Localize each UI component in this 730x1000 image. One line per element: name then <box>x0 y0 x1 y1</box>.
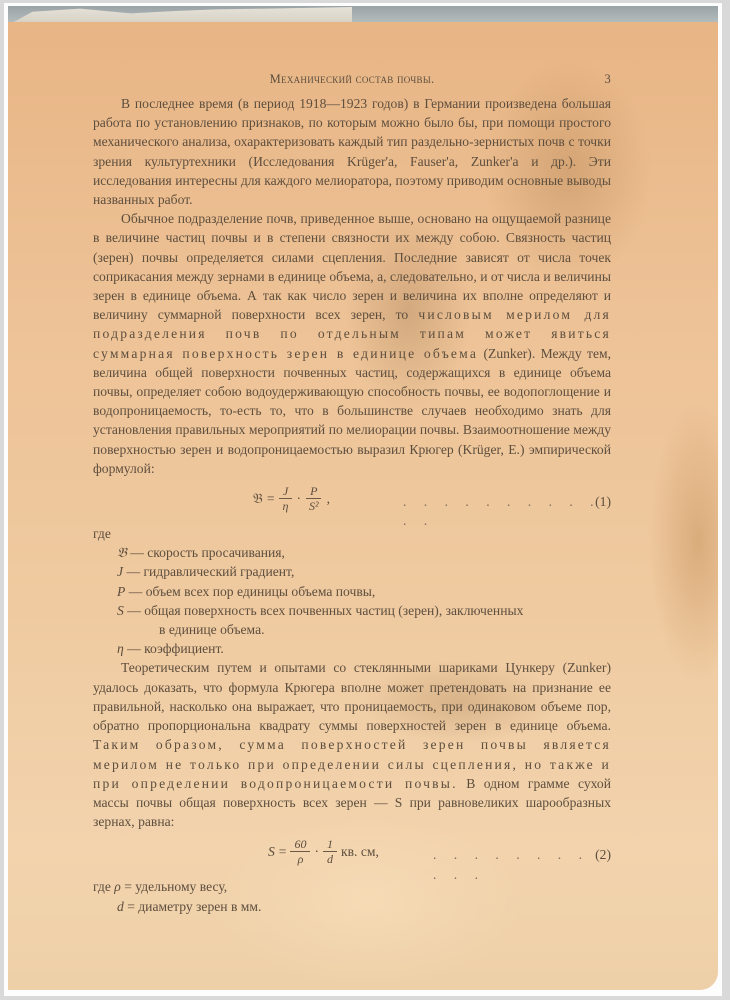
definitions-list: 𝔅 — скорость просачивания, J — гидравлич… <box>117 543 611 658</box>
definition-text: — скорость просачивания, <box>130 545 285 560</box>
fraction: PS² <box>305 484 323 513</box>
multiply-dot: · <box>296 489 301 508</box>
paragraph-3-text: Теоретическим путем и опытами со стеклян… <box>93 660 611 733</box>
running-head-title: Механический состав почвы. <box>93 70 611 89</box>
definition-item: S — общая поверхность всех почвенных час… <box>117 601 611 620</box>
paragraph-2-text: Обычное подразделение почв, приведенное … <box>93 211 611 322</box>
formula-1: 𝔅 = Jη · PS² , . . . . . . . . . . . . (… <box>93 480 611 522</box>
leader-dots: . . . . . . . . . . . . <box>403 492 611 530</box>
equation-number: (1) <box>595 492 611 511</box>
definition-item: 𝔅 — скорость просачивания, <box>117 543 611 562</box>
paragraph-3: Теоретическим путем и опытами со стеклян… <box>93 658 611 831</box>
equation-number: (2) <box>595 845 611 864</box>
denominator: S² <box>305 499 323 513</box>
definition-item: P — объем всех пор единицы объема почвы, <box>117 582 611 601</box>
formula-2: S = 60ρ · 1d кв. см, . . . . . . . . . .… <box>93 833 611 875</box>
denominator: η <box>279 499 293 513</box>
numerator: 1 <box>323 837 337 852</box>
paragraph-1: В последнее время (в период 1918—1923 го… <box>93 94 611 209</box>
numerator: 60 <box>290 837 310 852</box>
page-number: 3 <box>604 70 611 89</box>
fraction: 60ρ <box>290 837 310 866</box>
running-head: Механический состав почвы. 3 <box>93 70 611 94</box>
leader-dots: . . . . . . . . . . . . <box>433 845 611 883</box>
numerator: J <box>279 484 292 499</box>
formula-lhs: S <box>268 842 275 861</box>
definition-text: — гидравлический градиент, <box>126 564 294 579</box>
where-label: где <box>93 879 111 894</box>
symbol: 𝔅 <box>117 545 127 560</box>
formula-comma: , <box>327 489 330 508</box>
fraction: 1d <box>323 837 337 866</box>
equals-sign: = <box>279 842 287 861</box>
definition-text: = диаметру зерен в мм. <box>127 899 261 914</box>
symbol: η <box>117 641 124 656</box>
definition-item: J — гидравлический градиент, <box>117 562 611 581</box>
symbol: ρ <box>114 879 121 894</box>
fraction: Jη <box>279 484 293 513</box>
definition-text: = удельному весу, <box>124 879 227 894</box>
denominator: ρ <box>294 852 308 866</box>
definition-text: — общая поверхность всех почвенных части… <box>127 603 523 618</box>
paragraph-2-text-end: (Zunker). Между тем, величина общей пове… <box>93 346 611 476</box>
symbol: J <box>117 564 123 579</box>
equals-sign: = <box>267 489 275 508</box>
definition-text: — объем всех пор единицы объема почвы, <box>129 584 376 599</box>
symbol: S <box>117 603 124 618</box>
numerator: P <box>306 484 321 499</box>
definition-continuation: в единице объема. <box>117 620 611 639</box>
symbol: P <box>117 584 125 599</box>
multiply-dot: · <box>314 842 319 861</box>
page-content: Механический состав почвы. 3 В последнее… <box>93 70 611 916</box>
unit-label: кв. см, <box>341 842 379 861</box>
formula-lhs: 𝔅 <box>253 489 263 508</box>
definition-text: — коэффициент. <box>127 641 224 656</box>
paragraph-2: Обычное подразделение почв, приведенное … <box>93 209 611 478</box>
symbol: d <box>117 899 124 914</box>
denominator: d <box>323 852 337 866</box>
definition-item: η — коэффициент. <box>117 639 611 658</box>
